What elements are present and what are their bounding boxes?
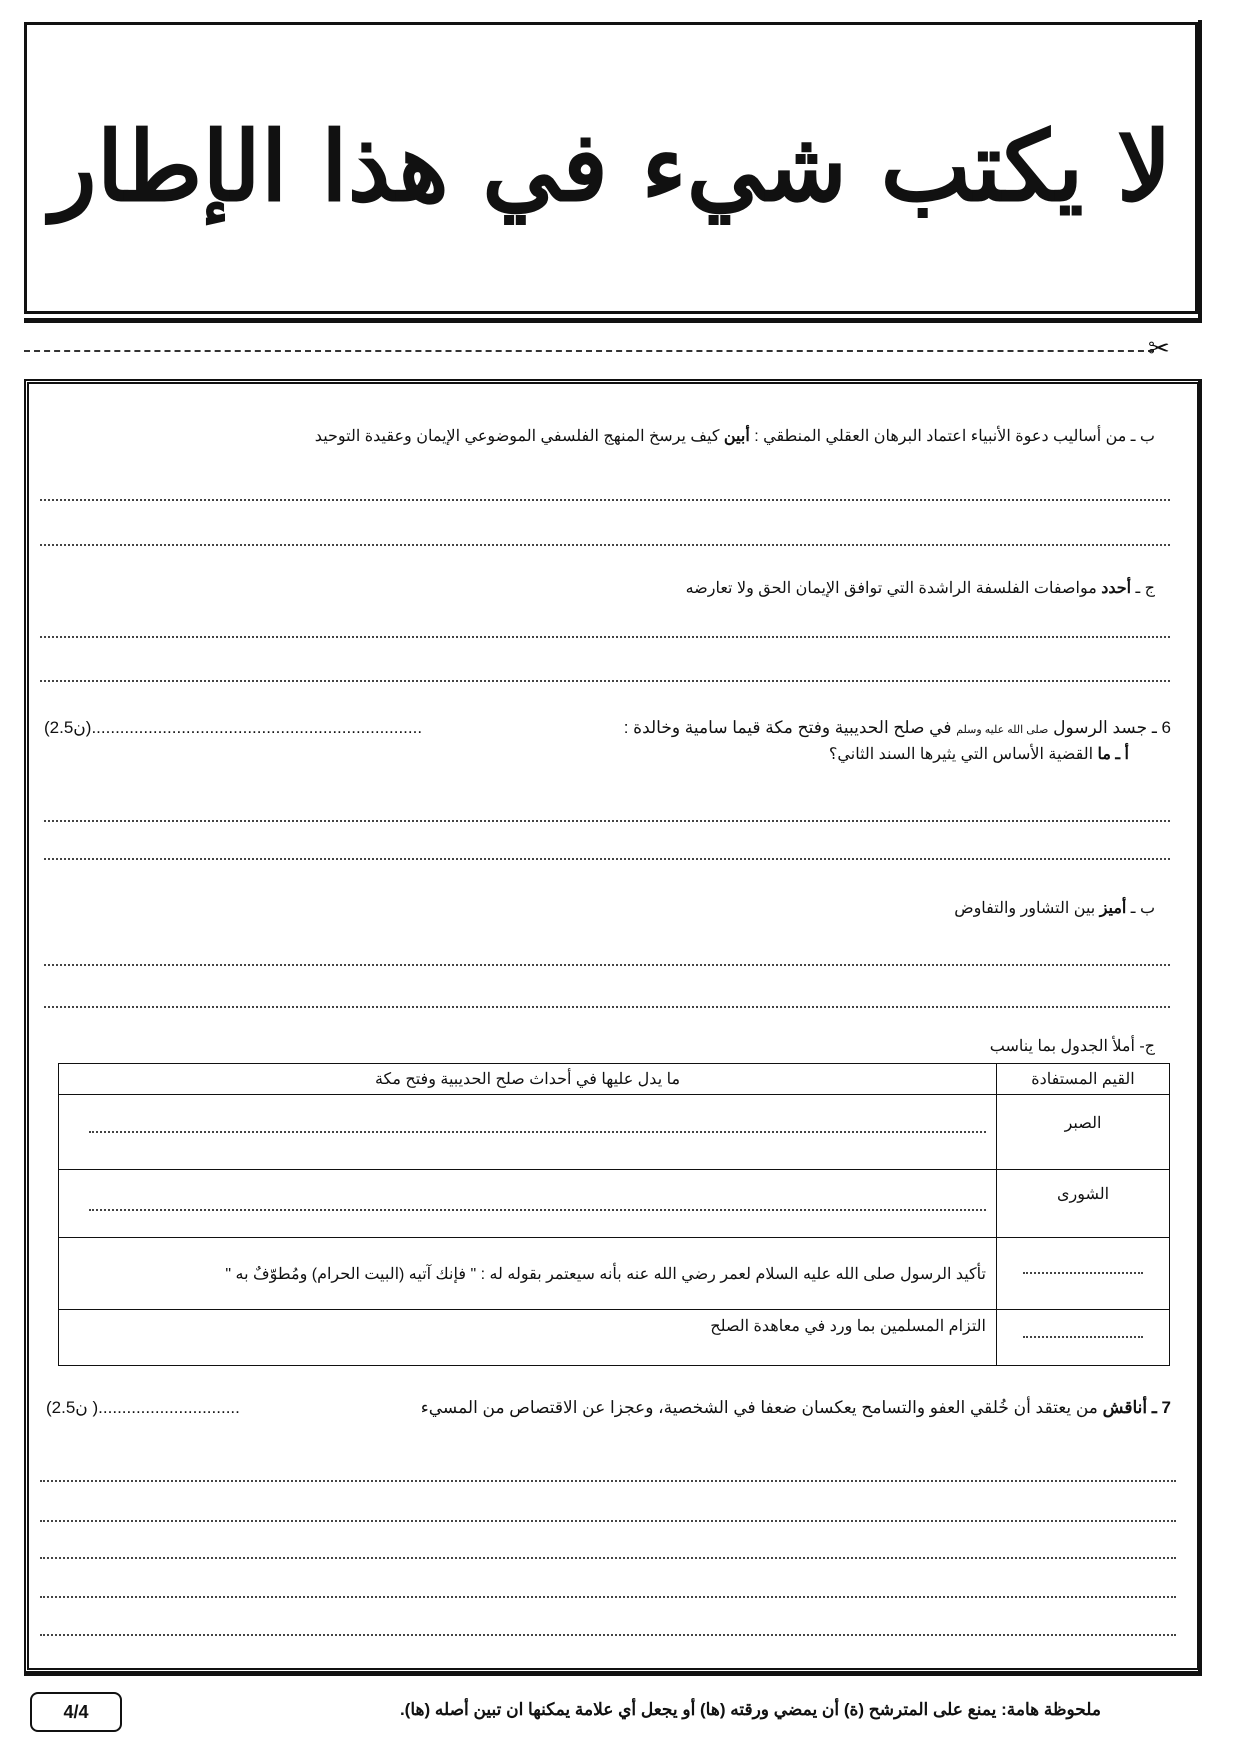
do-not-write-title: لا يكتب شيء في هذا الإطار	[24, 110, 1198, 223]
question-number: 7 ـ	[1152, 1398, 1171, 1417]
answer-line[interactable]	[40, 1634, 1176, 1636]
frame-shadow	[24, 318, 1198, 323]
frame-shadow	[1198, 20, 1202, 323]
question-6: 6 ـ جسد الرسول صلى الله عليه وسلم في صلح…	[624, 718, 1171, 738]
question-verb: أناقش	[1103, 1398, 1152, 1417]
table-row: الصبر	[59, 1095, 1170, 1170]
question-number: 6 ـ	[1152, 718, 1171, 737]
footer-rule	[24, 1672, 1202, 1676]
answer-line[interactable]	[40, 544, 1170, 546]
question-text: من يعتقد أن خُلقي العفو والتسامح يعكسان …	[421, 1398, 1103, 1417]
dots: ..............................	[98, 1398, 240, 1417]
question-5b: ب ـ من أساليب دعوة الأنبياء اعتماد البره…	[315, 426, 1155, 446]
table-row: تأكيد الرسول صلى الله عليه السلام لعمر ر…	[59, 1238, 1170, 1310]
table-cell-evidence: التزام المسلمين بما ورد في معاهدة الصلح	[59, 1310, 997, 1366]
values-table: القيم المستفادة ما يدل عليها في أحداث صل…	[58, 1063, 1170, 1366]
answer-line[interactable]	[1023, 1336, 1143, 1338]
table-cell-value: الشورى	[997, 1170, 1170, 1238]
question-5c: ج ـ أحدد مواصفات الفلسفة الراشدة التي تو…	[686, 578, 1155, 598]
question-text: كيف يرسخ المنهج الفلسفي الموضوعي الإيمان…	[315, 428, 724, 445]
question-6c: ج- أملأ الجدول بما يناسب	[990, 1036, 1155, 1056]
answer-line[interactable]	[40, 1520, 1176, 1522]
question-text: في صلح الحديبية وفتح مكة قيما سامية وخال…	[624, 718, 956, 737]
frame-shadow	[1198, 381, 1202, 1673]
answer-line[interactable]	[44, 820, 1170, 822]
answer-line[interactable]	[40, 680, 1170, 682]
points-badge: (2.5ن )	[46, 1398, 98, 1417]
table-cell-value: الصبر	[997, 1095, 1170, 1170]
question-text: ب ـ من أساليب دعوة الأنبياء اعتماد البره…	[750, 428, 1155, 445]
answer-line[interactable]	[40, 636, 1170, 638]
scissors-icon: ✂	[1148, 336, 1170, 362]
question-6a: أ ـ ما القضية الأساس التي يثيرها السند ا…	[829, 744, 1129, 764]
answer-line[interactable]	[40, 1596, 1176, 1598]
cut-line	[24, 350, 1154, 352]
important-note: ملحوظة هامة: يمنع على المترشح (ة) أن يمض…	[400, 1700, 1101, 1720]
question-text: مواصفات الفلسفة الراشدة التي توافق الإيم…	[686, 580, 1102, 597]
question-text: جسد الرسول	[1048, 718, 1151, 737]
question-6-points: (2.5ن)..................................…	[44, 718, 422, 738]
table-header-row: القيم المستفادة ما يدل عليها في أحداث صل…	[59, 1064, 1170, 1095]
table-row: التزام المسلمين بما ورد في معاهدة الصلح	[59, 1310, 1170, 1366]
answer-line[interactable]	[40, 1557, 1176, 1559]
question-text: ج ـ	[1131, 580, 1155, 597]
answer-line[interactable]	[89, 1131, 986, 1133]
question-verb: أميز	[1100, 900, 1127, 917]
question-verb: ما	[1098, 746, 1111, 763]
question-verb: أحدد	[1101, 580, 1131, 597]
question-7-points: (2.5ن )..............................	[46, 1398, 240, 1418]
answer-line[interactable]	[44, 1006, 1170, 1008]
question-letter: ب ـ	[1126, 900, 1155, 917]
table-cell-value[interactable]	[997, 1310, 1170, 1366]
table-cell-evidence[interactable]	[59, 1095, 997, 1170]
salutation: صلى الله عليه وسلم	[956, 724, 1048, 736]
dots: ........................................…	[91, 718, 422, 737]
question-text: بين التشاور والتفاوض	[954, 900, 1099, 917]
table-header: القيم المستفادة	[997, 1064, 1170, 1095]
answer-line[interactable]	[89, 1209, 986, 1211]
answer-line[interactable]	[44, 858, 1170, 860]
question-7: 7 ـ أناقش من يعتقد أن خُلقي العفو والتسا…	[421, 1398, 1171, 1418]
answer-line[interactable]	[1023, 1272, 1143, 1274]
table-cell-evidence: تأكيد الرسول صلى الله عليه السلام لعمر ر…	[59, 1238, 997, 1310]
answer-line[interactable]	[40, 1480, 1176, 1482]
table-header: ما يدل عليها في أحداث صلح الحديبية وفتح …	[59, 1064, 997, 1095]
page-number: 4/4	[30, 1692, 122, 1732]
table-cell-value[interactable]	[997, 1238, 1170, 1310]
question-letter: أ ـ	[1111, 746, 1129, 763]
table-row: الشورى	[59, 1170, 1170, 1238]
table-cell-evidence[interactable]	[59, 1170, 997, 1238]
question-verb: أبين	[724, 428, 750, 445]
question-text: القضية الأساس التي يثيرها السند الثاني؟	[829, 746, 1098, 763]
answer-line[interactable]	[44, 964, 1170, 966]
question-6b: ب ـ أميز بين التشاور والتفاوض	[954, 898, 1155, 918]
answer-line[interactable]	[40, 499, 1170, 501]
answer-frame	[24, 379, 1202, 1673]
points-badge: (2.5ن)	[44, 718, 91, 737]
